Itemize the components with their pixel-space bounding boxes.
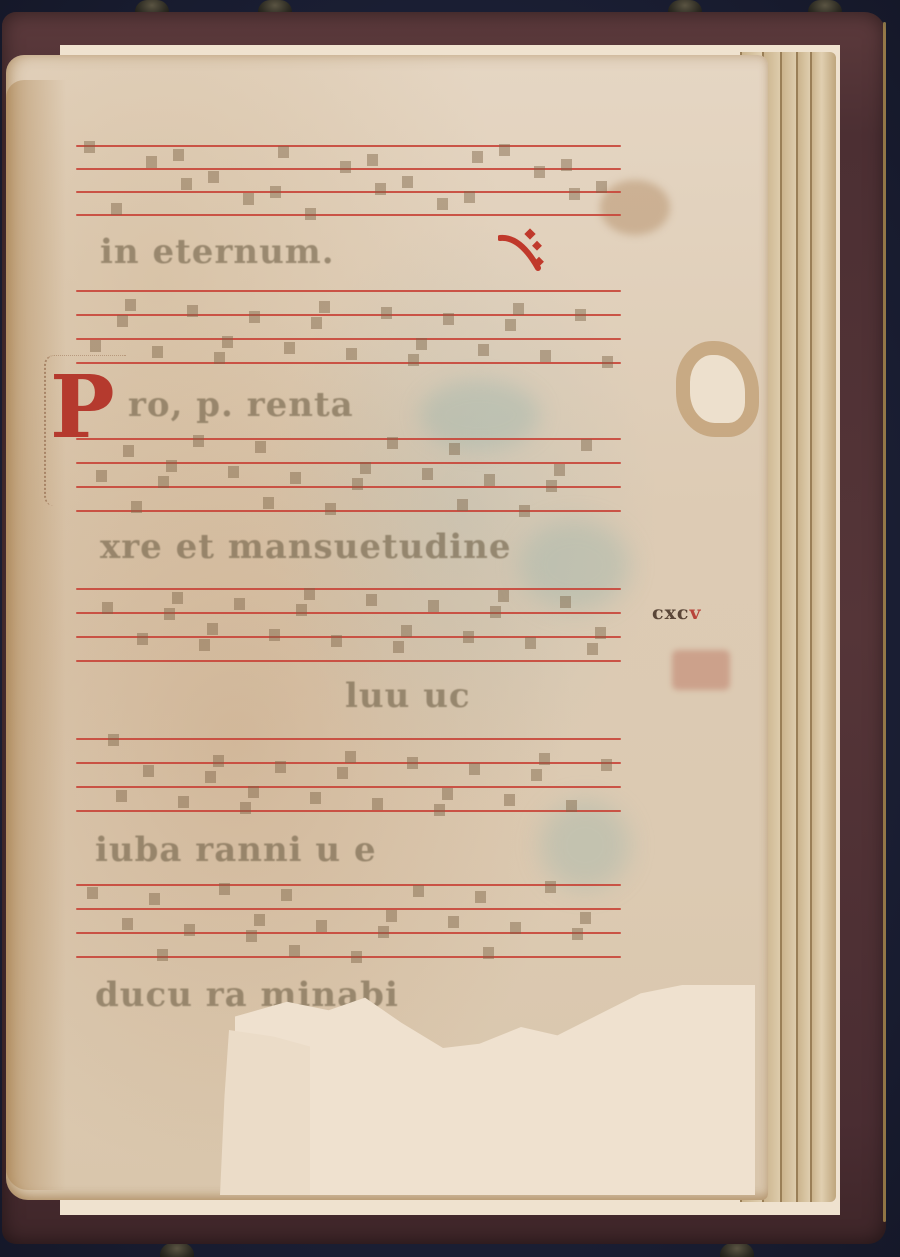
- neume: [525, 637, 536, 649]
- binding-gilt-edge: [883, 22, 886, 1222]
- neume: [375, 183, 386, 195]
- neume: [108, 734, 119, 746]
- neume: [157, 949, 168, 961]
- staff: [76, 884, 621, 958]
- neume: [513, 303, 524, 315]
- neume: [172, 592, 183, 604]
- neume: [510, 922, 521, 934]
- neume: [498, 590, 509, 602]
- neume: [234, 598, 245, 610]
- neume: [531, 769, 542, 781]
- staff-line: [76, 214, 621, 216]
- water-stain-left: [6, 80, 66, 1190]
- neume: [449, 443, 460, 455]
- neume: [484, 474, 495, 486]
- neume: [178, 796, 189, 808]
- neume: [569, 188, 580, 200]
- neume: [304, 588, 315, 600]
- neume: [290, 472, 301, 484]
- lyric-text: xre et mansuetudine: [100, 527, 512, 567]
- neume: [596, 181, 607, 193]
- neume: [346, 348, 357, 360]
- staff-line: [76, 510, 621, 512]
- neume: [152, 346, 163, 358]
- neume: [372, 798, 383, 810]
- neume: [580, 912, 591, 924]
- staff: [76, 588, 621, 662]
- neume: [519, 505, 530, 517]
- initial-letter: P: [50, 365, 115, 451]
- folio-number: cxcv: [652, 602, 702, 624]
- red-custos-icon: [498, 228, 546, 274]
- neume: [166, 460, 177, 472]
- neume: [457, 499, 468, 511]
- neume: [545, 881, 556, 893]
- neume: [587, 643, 598, 655]
- neume: [428, 600, 439, 612]
- neume: [254, 914, 265, 926]
- neume: [386, 910, 397, 922]
- lyric-text: iuba ranni u e: [95, 830, 377, 870]
- staff-line: [76, 884, 621, 886]
- neume: [325, 503, 336, 515]
- neume: [137, 633, 148, 645]
- neume: [393, 641, 404, 653]
- neume: [581, 439, 592, 451]
- neume: [442, 788, 453, 800]
- neume: [111, 203, 122, 215]
- staff-line: [76, 314, 621, 316]
- neume: [534, 166, 545, 178]
- neume: [331, 635, 342, 647]
- staff-line: [76, 462, 621, 464]
- neume: [310, 792, 321, 804]
- neume: [367, 154, 378, 166]
- neume: [205, 771, 216, 783]
- illuminated-initial: P: [44, 355, 124, 505]
- neume: [311, 317, 322, 329]
- neume: [561, 159, 572, 171]
- neume: [448, 916, 459, 928]
- neume: [483, 947, 494, 959]
- stain-blue: [540, 800, 630, 890]
- neume: [560, 596, 571, 608]
- neume: [158, 476, 169, 488]
- neume: [475, 891, 486, 903]
- neume: [219, 883, 230, 895]
- staff-line: [76, 786, 621, 788]
- neume: [413, 885, 424, 897]
- neume: [275, 761, 286, 773]
- lyric-text: luu uc: [345, 676, 471, 716]
- neume: [149, 893, 160, 905]
- neume: [222, 336, 233, 348]
- neume: [117, 315, 128, 327]
- neume: [595, 627, 606, 639]
- neume: [116, 790, 127, 802]
- neume: [572, 928, 583, 940]
- neume: [122, 918, 133, 930]
- neume: [601, 759, 612, 771]
- leaf-edge: [810, 52, 836, 1202]
- neume: [296, 604, 307, 616]
- neume: [352, 478, 363, 490]
- lyric-text: ro, p. renta: [128, 385, 354, 425]
- neume: [214, 352, 225, 364]
- neume: [422, 468, 433, 480]
- neume: [464, 191, 475, 203]
- neume: [443, 313, 454, 325]
- staff-line: [76, 191, 621, 193]
- neume: [289, 945, 300, 957]
- neume: [173, 149, 184, 161]
- neume: [146, 156, 157, 168]
- staff-line: [76, 810, 621, 812]
- neume: [125, 299, 136, 311]
- neume: [278, 146, 289, 158]
- clasp-bottom-left: [160, 1243, 194, 1257]
- neume: [539, 753, 550, 765]
- neume: [90, 340, 101, 352]
- staff-line: [76, 636, 621, 638]
- neume: [602, 356, 613, 368]
- neume: [193, 435, 204, 447]
- neume: [199, 639, 210, 651]
- neume: [181, 178, 192, 190]
- neume: [437, 198, 448, 210]
- staff: [76, 145, 621, 216]
- neume: [270, 186, 281, 198]
- staff-line: [76, 908, 621, 910]
- staff-line: [76, 738, 621, 740]
- neume: [575, 309, 586, 321]
- staff-line: [76, 362, 621, 364]
- staff-line: [76, 438, 621, 440]
- neume: [249, 311, 260, 323]
- neume: [387, 437, 398, 449]
- neume: [408, 354, 419, 366]
- neume: [316, 920, 327, 932]
- neume: [269, 629, 280, 641]
- neume: [381, 307, 392, 319]
- lyric-text: in eternum.: [100, 232, 335, 272]
- neume: [540, 350, 551, 362]
- neume: [255, 441, 266, 453]
- staff-line: [76, 932, 621, 934]
- neume: [248, 786, 259, 798]
- neume: [164, 608, 175, 620]
- neume: [84, 141, 95, 153]
- neume: [208, 171, 219, 183]
- neume: [240, 802, 251, 814]
- neume: [566, 800, 577, 812]
- neume: [469, 763, 480, 775]
- neume: [490, 606, 501, 618]
- neume: [281, 889, 292, 901]
- staff-line: [76, 338, 621, 340]
- neume: [499, 144, 510, 156]
- staff-line: [76, 588, 621, 590]
- staff: [76, 290, 621, 364]
- neume: [554, 464, 565, 476]
- neume: [505, 319, 516, 331]
- neume: [243, 193, 254, 205]
- neume: [478, 344, 489, 356]
- neume: [284, 342, 295, 354]
- neume: [184, 924, 195, 936]
- neume: [401, 625, 412, 637]
- staff: [76, 438, 621, 512]
- neume: [131, 501, 142, 513]
- neume: [207, 623, 218, 635]
- neume: [378, 926, 389, 938]
- neume: [187, 305, 198, 317]
- staff: [76, 738, 621, 812]
- neume: [340, 161, 351, 173]
- folio-stain: [672, 650, 730, 690]
- staff-line: [76, 660, 621, 662]
- neume: [305, 208, 316, 220]
- neume: [546, 480, 557, 492]
- neume: [366, 594, 377, 606]
- neume: [102, 602, 113, 614]
- neume: [407, 757, 418, 769]
- neume: [87, 887, 98, 899]
- neume: [246, 930, 257, 942]
- neume: [345, 751, 356, 763]
- paper-repair: [220, 1030, 310, 1195]
- neume: [472, 151, 483, 163]
- neume: [351, 951, 362, 963]
- neume: [402, 176, 413, 188]
- folio-number-black: cxc: [652, 602, 689, 624]
- neume: [337, 767, 348, 779]
- folio-number-red: v: [689, 602, 701, 624]
- neume: [143, 765, 154, 777]
- neume: [213, 755, 224, 767]
- staff-line: [76, 290, 621, 292]
- neume: [434, 804, 445, 816]
- neume: [263, 497, 274, 509]
- neume: [319, 301, 330, 313]
- neume: [416, 338, 427, 350]
- staff-line: [76, 612, 621, 614]
- neume: [360, 462, 371, 474]
- staff-line: [76, 145, 621, 147]
- neume: [228, 466, 239, 478]
- neume: [463, 631, 474, 643]
- neume: [504, 794, 515, 806]
- clasp-bottom-right: [720, 1243, 754, 1257]
